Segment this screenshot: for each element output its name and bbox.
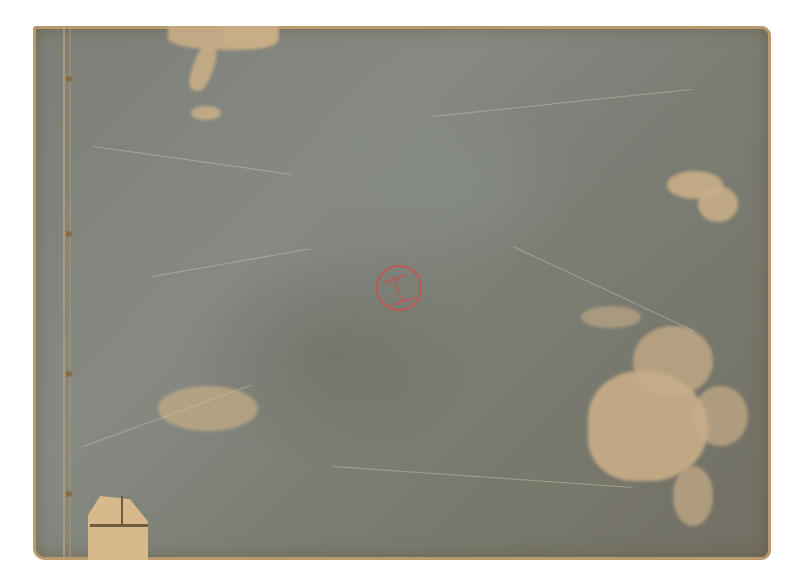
red-seal-stamp	[376, 265, 422, 311]
surface-crack	[153, 248, 311, 277]
torn-corner-line	[121, 496, 123, 526]
top-tear-strip	[185, 42, 220, 94]
surface-crack	[433, 89, 692, 117]
surface-crack	[93, 146, 291, 175]
binding-hole	[66, 491, 72, 497]
worn-patch-left	[158, 386, 258, 431]
torn-corner-line	[90, 524, 148, 527]
binding-hole	[66, 371, 72, 377]
book-cover	[33, 26, 771, 560]
large-worn-area	[633, 326, 713, 396]
large-worn-area	[693, 386, 748, 446]
worn-blotch	[581, 306, 641, 328]
top-tear-right	[223, 26, 278, 48]
surface-crack	[333, 466, 632, 488]
spine-line	[63, 26, 65, 560]
small-worn-spot	[191, 106, 221, 120]
spine-line-inner	[69, 26, 71, 560]
binding-hole	[66, 76, 72, 82]
large-worn-area	[673, 466, 713, 526]
seal-glyph-icon	[383, 274, 416, 307]
binding-hole	[66, 231, 72, 237]
worn-blotch	[698, 186, 738, 222]
torn-corner-patch	[88, 496, 148, 560]
